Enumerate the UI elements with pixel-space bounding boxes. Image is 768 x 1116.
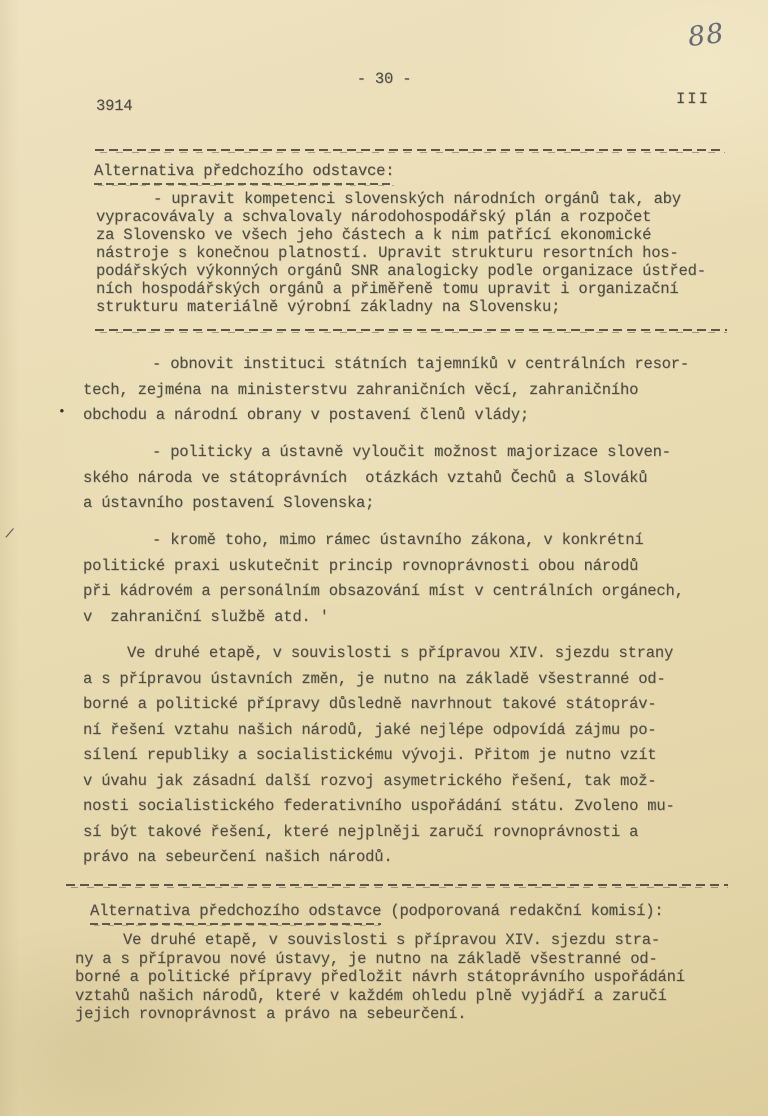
text-line: ského národa ve státoprávních otázkách v…: [83, 466, 753, 492]
text-line: nosti socialistického federativního uspo…: [83, 794, 763, 820]
text-line: politické praxi uskutečnit princip rovno…: [83, 554, 763, 580]
text-line: při kádrovém a personálním obsazování mí…: [83, 579, 763, 605]
text-line: - kromě toho, mimo rámec ústavního zákon…: [83, 528, 763, 554]
text-line: strukturu materiálně výrobní základny na…: [96, 298, 756, 316]
dashed-separator-line: [66, 884, 728, 888]
stray-slash-mark: /: [3, 526, 15, 543]
text-line: a s přípravou ústavních změn, je nutno n…: [83, 667, 763, 693]
text-line: nástroje s konečnou platností. Upravit s…: [96, 244, 756, 262]
text-line: a ústavního postavení Slovenska;: [83, 491, 753, 517]
paragraph-majorization: - politicky a ústavně vyloučit možnost m…: [83, 440, 753, 517]
text-line: sílení republiky a socialistickému vývoj…: [83, 743, 763, 769]
text-line: tech, zejména na ministerstvu zahraniční…: [83, 378, 753, 404]
text-line: borné a politické přípravy důsledně navr…: [83, 692, 763, 718]
text-line: - obnovit instituci státních tajemníků v…: [83, 352, 753, 378]
handwritten-page-number: 88: [686, 18, 726, 53]
paragraph-second-stage: Ve druhé etapě, v souvislosti s přípravo…: [83, 641, 763, 871]
heading-underlined-text: Alternativa předchozího odstavce:: [94, 162, 394, 186]
text-line: sí být takové řešení, které nejplněji za…: [83, 820, 763, 846]
heading-plain-text: (podporovaná redakční komisí):: [381, 902, 663, 920]
text-line: podářských výkonných orgánů SNR analogic…: [96, 262, 756, 280]
text-line: ní řešení vztahu našich národů, jaké nej…: [83, 718, 763, 744]
text-line: - upravit kompetenci slovenských národní…: [96, 190, 756, 208]
text-line: v zahraniční službě atd. ': [83, 605, 763, 631]
text-line: v úvahu jak zásadní další rozvoj asymetr…: [83, 769, 763, 795]
text-line: - politicky a ústavně vyloučit možnost m…: [83, 440, 753, 466]
heading-underlined-text: Alternativa předchozího odstavce: [90, 902, 381, 926]
text-line: vypracovávaly a schvalovaly národohospod…: [96, 208, 756, 226]
page-number-center: - 30 -: [0, 70, 768, 88]
alternative-heading-2: Alternativa předchozího odstavce (podpor…: [90, 902, 663, 926]
text-line: borné a politické přípravy předložit náv…: [75, 968, 760, 987]
margin-bullet-mark: •: [58, 404, 66, 419]
document-number: 3914: [96, 97, 132, 115]
dashed-separator-line: [95, 329, 727, 333]
paragraph-equality-principle: - kromě toho, mimo rámec ústavního zákon…: [83, 528, 763, 630]
text-line: Ve druhé etapě, v souvislosti s přípravo…: [75, 931, 760, 950]
alternative-heading-1: Alternativa předchozího odstavce:: [94, 162, 394, 186]
paragraph-state-secretaries: - obnovit instituci státních tajemníků v…: [83, 352, 753, 429]
scanned-document-page: - 30 - 3914 III 88 Alternativa předchozí…: [0, 0, 768, 1116]
text-line: právo na sebeurčení našich národů.: [83, 845, 763, 871]
text-line: Ve druhé etapě, v souvislosti s přípravo…: [83, 641, 763, 667]
section-roman-numeral: III: [676, 90, 710, 108]
text-line: za Slovensko ve všech jeho částech a k n…: [96, 226, 756, 244]
text-line: ny a s přípravou nové ústavy, je nutno n…: [75, 950, 760, 969]
text-line: jejich rovnoprávnost a právo na sebeurče…: [75, 1005, 760, 1024]
text-line: vztahů našich národů, které v každém ohl…: [75, 987, 760, 1006]
dashed-separator-line: [95, 149, 725, 153]
paragraph-alternative-1: - upravit kompetenci slovenských národní…: [96, 190, 756, 316]
text-line: ních hospodářských orgánů a přiměřeně to…: [96, 280, 756, 298]
text-line: obchodu a národní obrany v postavení čle…: [83, 403, 753, 429]
paragraph-alternative-2: Ve druhé etapě, v souvislosti s přípravo…: [75, 931, 760, 1024]
